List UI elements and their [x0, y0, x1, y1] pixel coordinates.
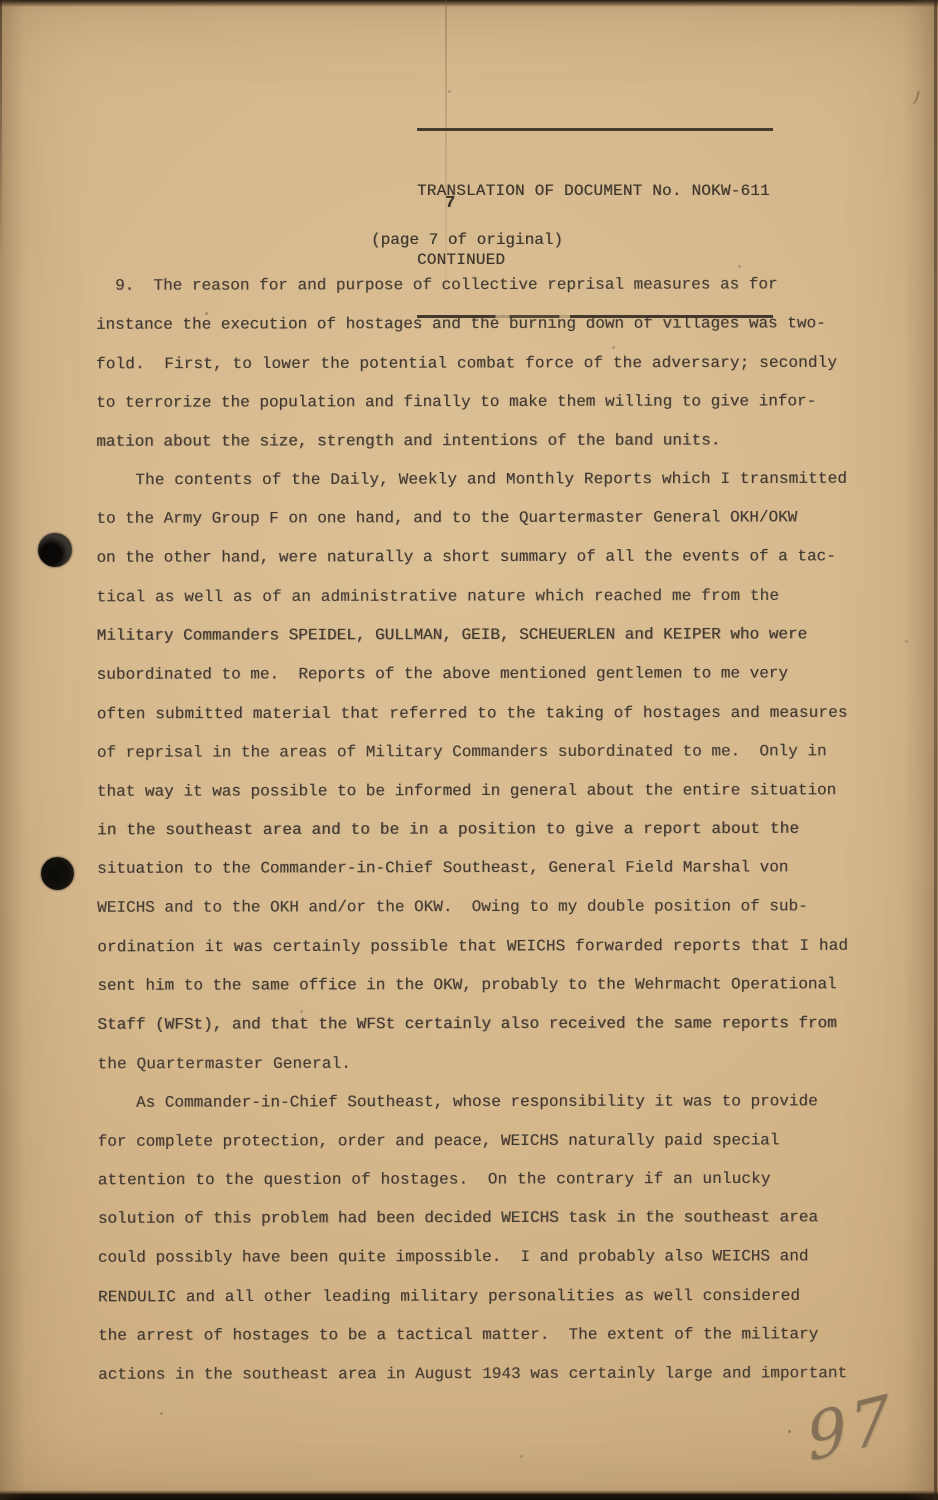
typed-line: ordination it was certainly possible tha… [97, 927, 887, 968]
typed-line: for complete protection, order and peace… [98, 1121, 888, 1162]
document-page: TRANSLATION OF DOCUMENT No. NOKW-611 CON… [0, 0, 938, 1500]
typed-line: WEICHS and to the OKH and/or the OKW. Ow… [97, 887, 887, 928]
header-title: TRANSLATION OF DOCUMENT No. NOKW-611 [417, 180, 773, 203]
typed-line: solution of this problem had been decide… [98, 1199, 888, 1240]
typed-line: instance the execution of hostages and t… [96, 304, 886, 345]
typed-line: sent him to the same office in the OKW, … [97, 965, 887, 1006]
typed-line: The contents of the Daily, Weekly and Mo… [96, 460, 886, 501]
typed-line: in the southeast area and to be in a pos… [97, 810, 887, 851]
hole-punch-bottom [41, 857, 74, 890]
typed-line: mation about the size, strength and inte… [96, 421, 886, 462]
typed-line: Military Commanders SPEIDEL, GULLMAN, GE… [97, 615, 887, 656]
typed-line: on the other hand, were naturally a shor… [96, 537, 886, 578]
paper-shading-right [904, 0, 938, 1500]
typed-line: Staff (WFSt), and that the WFSt certainl… [97, 1004, 887, 1045]
handwritten-page-number: 97 [803, 1381, 898, 1477]
typed-line: RENDULIC and all other leading military … [98, 1277, 888, 1318]
typed-line: the Quartermaster General. [97, 1043, 887, 1084]
scan-edge-top [0, 0, 938, 7]
scan-edge-bottom [0, 1490, 938, 1500]
typed-line: the arrest of hostages to be a tactical … [98, 1315, 888, 1356]
paper-shading-left [0, 0, 26, 1500]
typed-line: situation to the Commander-in-Chief Sout… [97, 849, 887, 890]
typed-line: that way it was possible to be informed … [97, 771, 887, 812]
typed-line: tical as well as of an administrative na… [96, 577, 886, 618]
page-number: 7 [445, 194, 455, 213]
typed-line: could possibly have been quite impossibl… [98, 1237, 888, 1278]
typed-line: fold. First, to lower the potential comb… [96, 343, 886, 384]
hole-punch-top [38, 533, 72, 567]
typed-line: to the Army Group F on one hand, and to … [96, 499, 886, 540]
typed-line: 9. The reason for and purpose of collect… [96, 265, 886, 306]
typed-line: of reprisal in the areas of Military Com… [97, 732, 887, 773]
page-note: (page 7 of original) [371, 231, 563, 249]
typed-line: subordinated to me. Reports of the above… [97, 654, 887, 695]
typed-line: As Commander-in-Chief Southeast, whose r… [98, 1082, 888, 1123]
typed-line: attention to the question of hostages. O… [98, 1160, 888, 1201]
typed-body: 9. The reason for and purpose of collect… [96, 265, 888, 1394]
typed-line: to terrorize the population and finally … [96, 382, 886, 423]
typed-line: actions in the southeast area in August … [98, 1354, 888, 1395]
typed-line: often submitted material that referred t… [97, 693, 887, 734]
